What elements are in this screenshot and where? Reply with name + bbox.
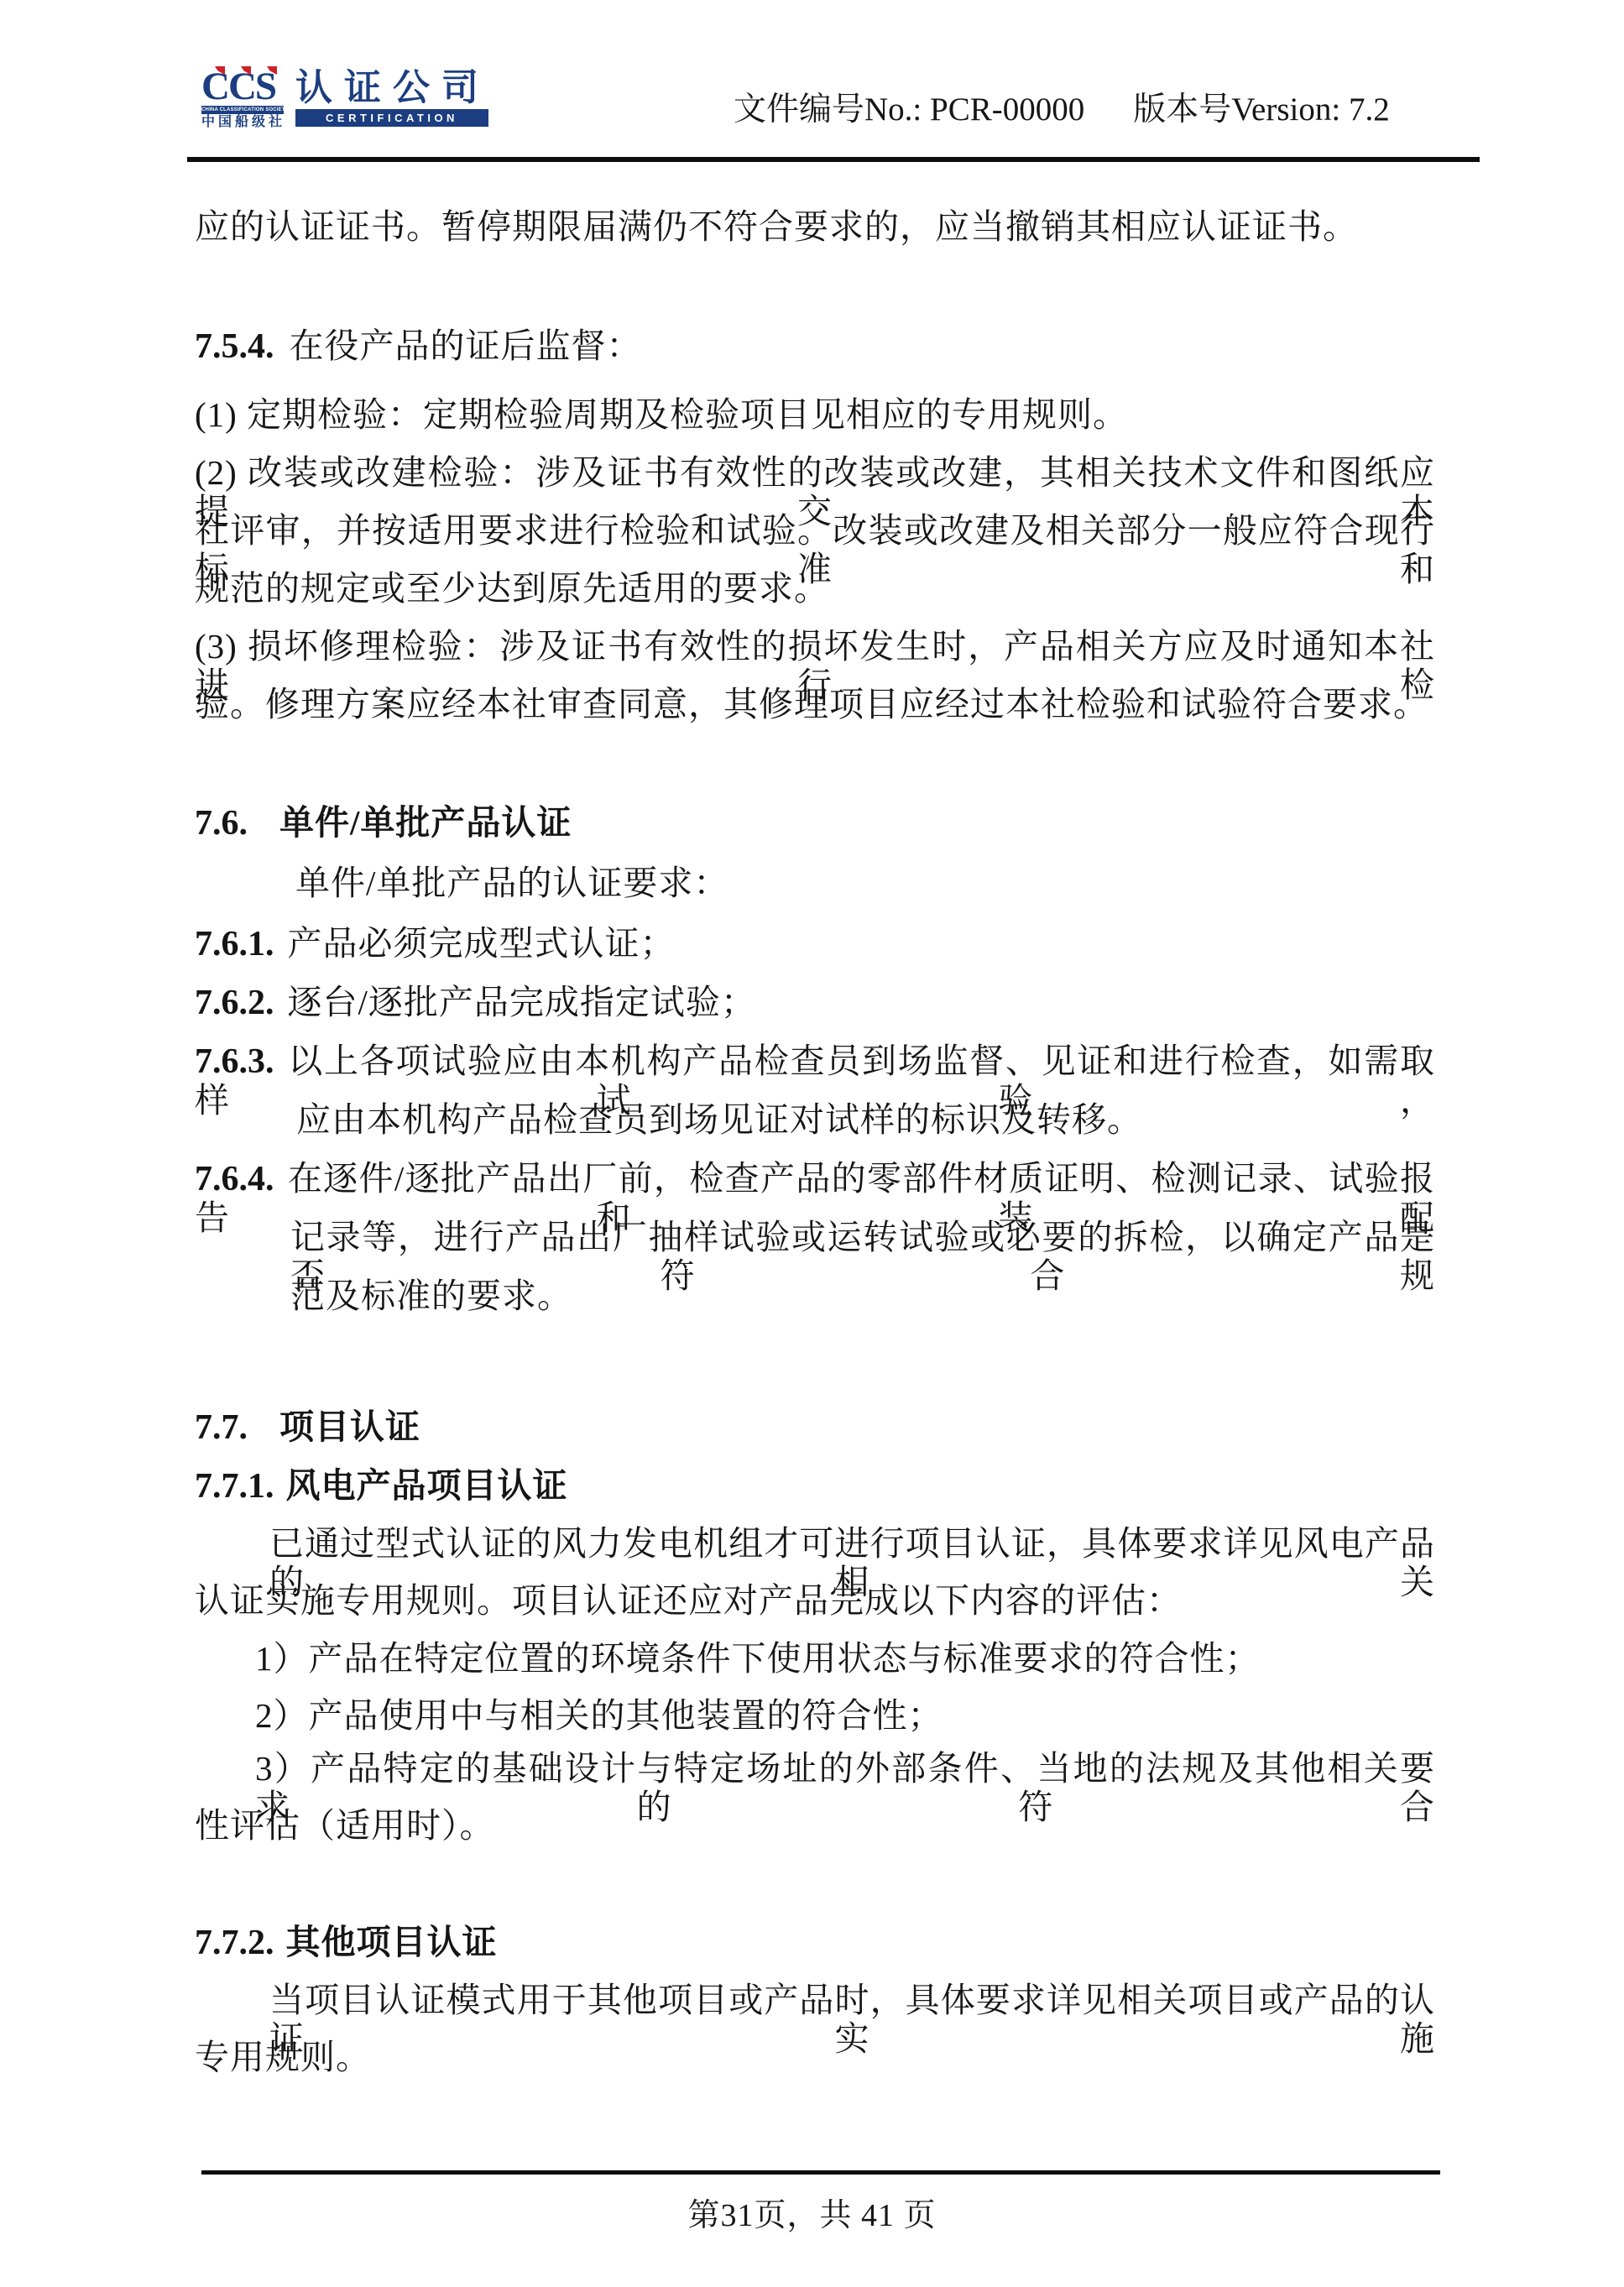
line-text: 在役产品的证后监督： [290, 326, 642, 365]
text-line: 1）产品在特定位置的环境条件下使用状态与标准要求的符合性； [255, 1639, 1261, 1678]
section-number: 7.7.1. [195, 1467, 274, 1506]
text-line: 7.6.2.逐台/逐批产品完成指定试验； [195, 983, 756, 1022]
text-line: 性评估（适用时）。 [195, 1806, 495, 1845]
line-text: (1) 定期检验：定期检验周期及检验项目见相应的专用规则。 [195, 395, 1128, 434]
text-line: 7.5.4.在役产品的证后监督： [195, 326, 642, 366]
logo-certification-banner: CERTIFICATION [295, 109, 488, 127]
line-text: 项目认证 [279, 1407, 420, 1446]
line-text: 性评估（适用时）。 [195, 1806, 495, 1845]
text-line: 应由本机构产品检查员到场见证对试样的标识及转移。 [296, 1100, 1142, 1139]
doc-version: 版本号Version: 7.2 [1133, 92, 1390, 128]
text-line: 认证实施专用规则。项目认证还应对产品完成以下内容的评估： [195, 1581, 1182, 1620]
text-line: 7.6.1.产品必须完成型式认证； [195, 924, 676, 963]
line-text: 应的认证证书。暂停期限届满仍不符合要求的，应当撤销其相应认证证书。 [195, 207, 1358, 246]
line-text: 产品必须完成型式认证； [288, 924, 676, 963]
ccs-logo: CCS CHINA CLASSIFICATION SOCIETY 中国船级社 [201, 69, 285, 129]
section-number: 7.7.2. [195, 1924, 274, 1962]
line-text: 单件/单批产品的认证要求： [295, 864, 728, 902]
logo-society-name-cn: 中国船级社 [201, 115, 285, 129]
line-text: 2）产品使用中与相关的其他装置的符合性； [255, 1696, 943, 1735]
line-text: 专用规则。 [195, 2038, 371, 2076]
text-line: 2）产品使用中与相关的其他装置的符合性； [255, 1696, 943, 1735]
ccs-certification-logo: 认证公司 CERTIFICATION [295, 69, 490, 127]
line-text: 风电产品项目认证 [286, 1466, 568, 1505]
text-line: 7.7.项目认证 [195, 1407, 420, 1447]
line-text: 应由本机构产品检查员到场见证对试样的标识及转移。 [296, 1100, 1142, 1139]
text-line: 7.6.单件/单批产品认证 [195, 803, 572, 843]
line-text: 验。修理方案应经本社审查同意，其修理项目应经过本社检验和试验符合要求。 [195, 685, 1428, 723]
logo-society-banner: CHINA CLASSIFICATION SOCIETY [201, 106, 284, 114]
section-number: 7.6.3. [195, 1042, 274, 1081]
text-line: 应的认证证书。暂停期限届满仍不符合要求的，应当撤销其相应认证证书。 [195, 207, 1358, 246]
section-number: 7.5.4. [195, 327, 274, 366]
line-text: 1）产品在特定位置的环境条件下使用状态与标准要求的符合性； [255, 1639, 1261, 1678]
line-text: 当项目认证模式用于其他项目或产品时，具体要求详见相关项目或产品的认证实施 [269, 1981, 1435, 2058]
text-line: 当项目认证模式用于其他项目或产品时，具体要求详见相关项目或产品的认证实施 [269, 1981, 1435, 2058]
doc-number: 文件编号No.: PCR-00000 [734, 92, 1084, 128]
text-line: 专用规则。 [195, 2038, 371, 2076]
line-text: 其他项目认证 [286, 1923, 498, 1961]
line-text: 逐台/逐批产品完成指定试验； [288, 983, 756, 1021]
line-text: 认证实施专用规则。项目认证还应对产品完成以下内容的评估： [195, 1581, 1182, 1620]
document-meta: 文件编号No.: PCR-00000 版本号Version: 7.2 [734, 92, 1390, 128]
line-text: 单件/单批产品认证 [279, 803, 572, 842]
document-page: CCS CHINA CLASSIFICATION SOCIETY 中国船级社 认… [0, 0, 1624, 2287]
section-number: 7.6.2. [195, 984, 274, 1022]
text-line: 7.7.1.风电产品项目认证 [195, 1466, 568, 1506]
line-text: 范及标准的要求。 [290, 1277, 572, 1315]
text-line: 验。修理方案应经本社审查同意，其修理项目应经过本社检验和试验符合要求。 [195, 685, 1428, 723]
ccs-logo-text: CCS [201, 69, 285, 104]
text-line: 规范的规定或至少达到原先适用的要求。 [195, 569, 829, 608]
footer-rule [201, 2170, 1440, 2175]
text-line: 7.7.2.其他项目认证 [195, 1923, 498, 1962]
header-rule [187, 157, 1480, 162]
section-number: 7.6. [195, 804, 248, 843]
section-number: 7.6.4. [195, 1160, 274, 1198]
logo-company-name-cn: 认证公司 [295, 69, 490, 107]
line-text: 规范的规定或至少达到原先适用的要求。 [195, 569, 829, 608]
page-number: 第31页，共 41 页 [0, 2189, 1624, 2235]
text-line: 单件/单批产品的认证要求： [295, 864, 728, 902]
section-number: 7.6.1. [195, 925, 274, 963]
section-number: 7.7. [195, 1408, 248, 1447]
text-line: 范及标准的要求。 [290, 1277, 572, 1315]
text-line: (1) 定期检验：定期检验周期及检验项目见相应的专用规则。 [195, 395, 1128, 434]
